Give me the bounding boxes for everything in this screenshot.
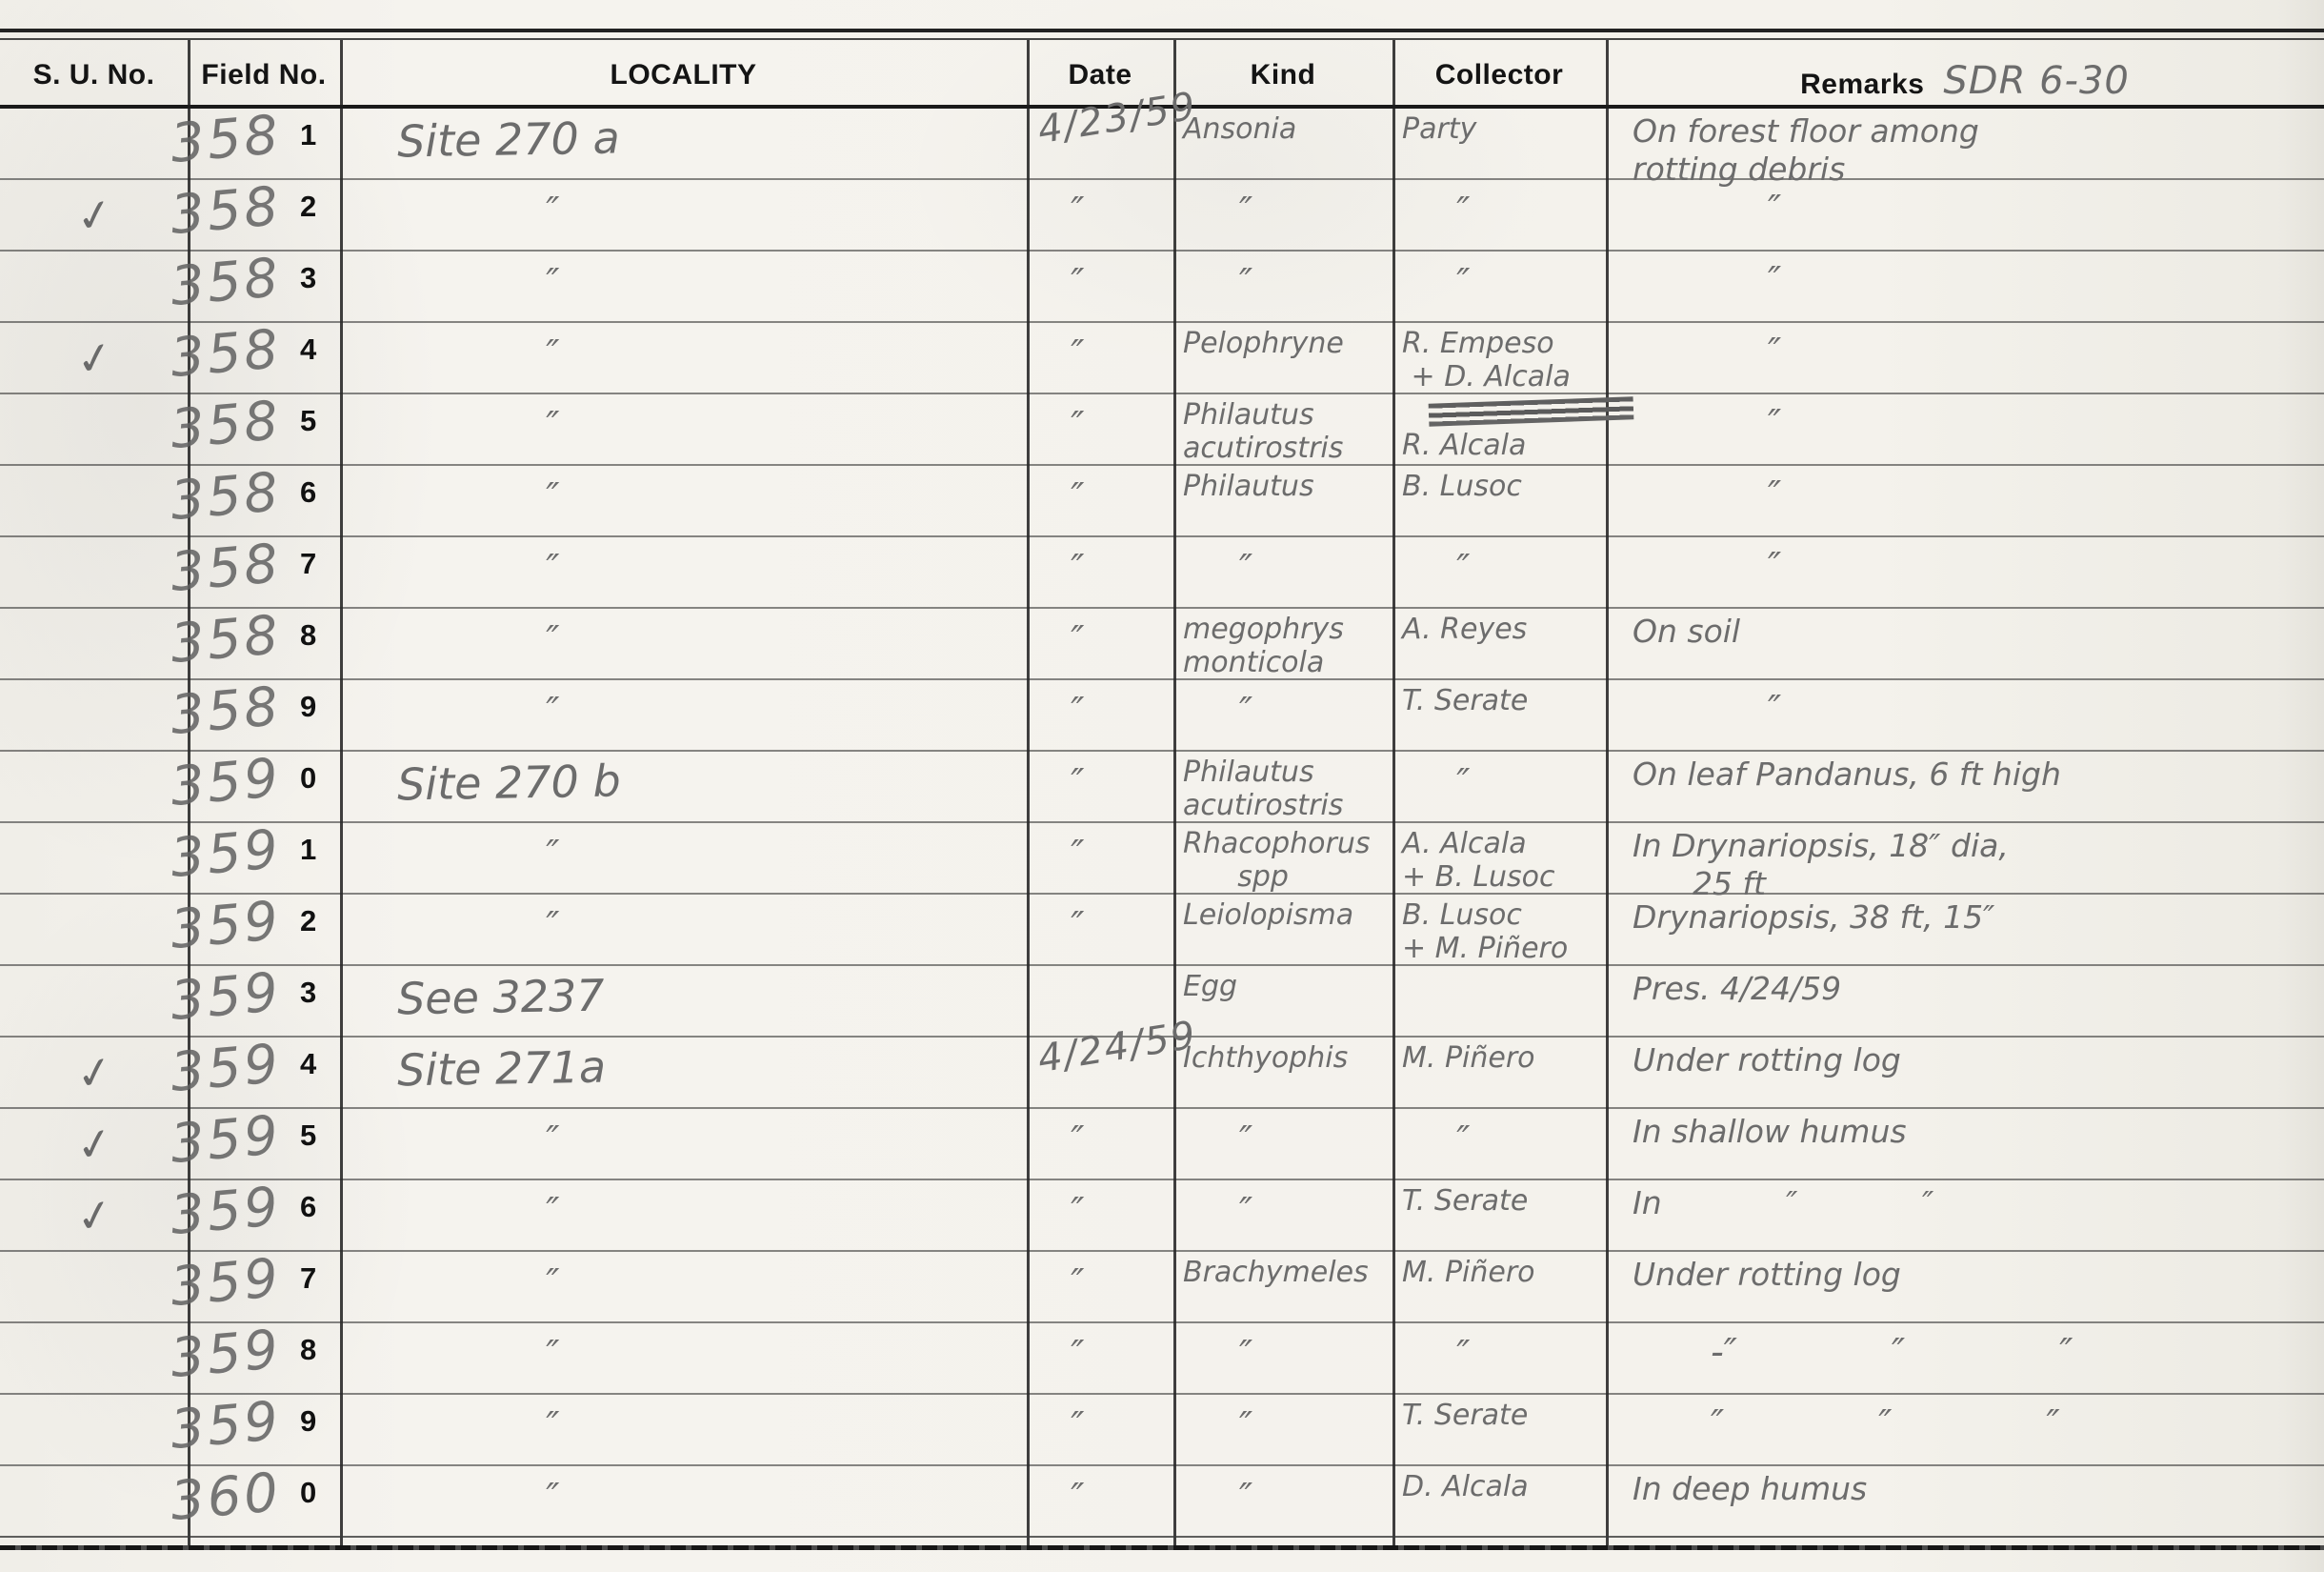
handwritten-kind: ″ [1173,1179,1252,1232]
cell-remarks: ″ ″ ″ [1606,1393,2324,1464]
handwritten-collector: ″ [1392,1321,1470,1375]
handwritten-field-number: 359 [168,1319,283,1390]
cell-field: 3582 [188,178,340,250]
table-row: ✓3584″″PelophryneR. Empeso + D. Alcala″ [0,321,2324,394]
handwritten-kind: Ansonia [1173,107,1296,146]
cell-su [0,1250,188,1321]
cell-locality: ″ [340,464,1027,535]
handwritten-locality: Site 270 a [339,104,620,168]
handwritten-remarks: ″ [1606,393,1781,444]
cell-collector: B. Lusoc + M. Piñero [1392,893,1606,964]
cell-locality: ″ [340,678,1027,750]
cell-locality: ″ [340,1179,1027,1250]
handwritten-locality: ″ [340,678,560,732]
handwritten-kind: Leiolopisma [1173,893,1353,932]
handwritten-date: ″ [1027,250,1084,303]
handwritten-remarks: In deep humus [1606,1464,1867,1508]
cell-kind: Philautus acutirostris [1173,750,1392,821]
handwritten-collector: ″ [1392,535,1470,589]
table-row: ✓3594Site 271a4/24/59IchthyophisM. Piñer… [0,1036,2324,1109]
cell-field: 3591 [188,821,340,893]
cell-su [0,107,188,178]
handwritten-date: ″ [1027,178,1084,232]
cell-kind: ″ [1173,1179,1392,1250]
cell-collector [1392,964,1606,1036]
cell-locality: ″ [340,321,1027,393]
handwritten-locality: ″ [340,1107,560,1160]
handwritten-kind: ″ [1173,1393,1252,1446]
cell-kind: Philautus acutirostris [1173,393,1392,464]
cell-locality: ″ [340,1393,1027,1464]
cell-su [0,750,188,821]
handwritten-kind: ″ [1173,1321,1252,1375]
handwritten-date: ″ [1027,393,1084,446]
top-rule-thin [0,38,2324,40]
checkmark-icon: ✓ [72,1116,117,1173]
cell-date: 4/23/59 [1027,107,1173,178]
cell-remarks: ″ [1606,250,2324,321]
cell-collector: T. Serate [1392,1179,1606,1250]
cell-field: 3587 [188,535,340,607]
cell-su [0,893,188,964]
cell-su [0,1321,188,1393]
printed-serial-digit: 5 [300,404,316,438]
cell-su [0,1393,188,1464]
cell-su: ✓ [0,1107,188,1179]
header-su-no: S. U. No. [0,59,188,91]
cell-field: 3599 [188,1393,340,1464]
table-row: 3597″″BrachymelesM. PiñeroUnder rotting … [0,1250,2324,1323]
cell-su [0,1464,188,1536]
printed-serial-digit: 3 [300,261,316,295]
handwritten-remarks: ″ ″ ″ [1606,1393,2060,1444]
cell-date: ″ [1027,1393,1173,1464]
handwritten-locality: ″ [340,821,560,875]
cell-kind: ″ [1173,1321,1392,1393]
handwritten-field-number: 358 [168,461,283,533]
handwritten-date: ″ [1027,321,1084,374]
handwritten-remarks: Under rotting log [1606,1250,1901,1294]
cell-remarks: Pres. 4/24/59 [1606,964,2324,1036]
header-kind: Kind [1173,59,1392,91]
printed-serial-digit: 2 [300,904,316,938]
handwritten-remarks: Under rotting log [1606,1036,1901,1079]
printed-serial-digit: 1 [300,118,316,152]
table-row: 3590Site 270 b″Philautus acutirostris″On… [0,750,2324,823]
cell-field: 3588 [188,607,340,678]
handwritten-locality: Site 271a [339,1034,606,1098]
handwritten-date: ″ [1027,1321,1084,1375]
cell-collector: ″ [1392,1321,1606,1393]
printed-serial-digit: 1 [300,833,316,867]
cell-date: ″ [1027,607,1173,678]
handwritten-date: ″ [1027,1250,1084,1303]
handwritten-locality: ″ [340,321,560,374]
cell-date: ″ [1027,893,1173,964]
cell-kind: ″ [1173,678,1392,750]
cell-kind: ″ [1173,250,1392,321]
table-row: 3587″″″″″ [0,535,2324,609]
cell-locality: ″ [340,393,1027,464]
cell-collector: ″ [1392,535,1606,607]
cell-remarks: In shallow humus [1606,1107,2324,1179]
cell-locality: Site 271a [340,1036,1027,1107]
cell-su [0,821,188,893]
table-row: 3599″″″T. Serate″ ″ ″ [0,1393,2324,1466]
handwritten-date: ″ [1027,678,1084,732]
handwritten-field-number: 359 [168,1104,283,1176]
cell-locality: ″ [340,1321,1027,1393]
table-row: 3585″″Philautus acutirostrisR. Alcala″ [0,393,2324,466]
cell-locality: ″ [340,1464,1027,1536]
cell-date: ″ [1027,678,1173,750]
scanned-ledger-page: S. U. No. Field No. LOCALITY Date Kind C… [0,0,2324,1572]
cell-kind: ″ [1173,178,1392,250]
cell-locality: ″ [340,893,1027,964]
handwritten-field-number: 358 [168,604,283,675]
cell-collector: T. Serate [1392,678,1606,750]
cell-collector: M. Piñero [1392,1250,1606,1321]
cell-locality: ″ [340,821,1027,893]
checkmark-icon: ✓ [72,1044,117,1101]
cell-kind: ″ [1173,1464,1392,1536]
cell-locality: ″ [340,178,1027,250]
cell-date: ″ [1027,250,1173,321]
handwritten-date: ″ [1027,464,1084,517]
cell-remarks: Drynariopsis, 38 ft, 15″ [1606,893,2324,964]
cell-su [0,464,188,535]
cell-kind: Egg [1173,964,1392,1036]
handwritten-date: ″ [1027,607,1084,660]
table-row: ✓3595″″″″In shallow humus [0,1107,2324,1180]
cell-date: ″ [1027,1107,1173,1179]
handwritten-collector: ″ [1392,1107,1470,1160]
cell-field: 3596 [188,1179,340,1250]
cell-field: 3589 [188,678,340,750]
header-remarks: Remarks [1800,69,1924,100]
cell-field: 3583 [188,250,340,321]
cell-collector: D. Alcala [1392,1464,1606,1536]
cell-collector: A. Alcala + B. Lusoc [1392,821,1606,893]
handwritten-collector: M. Piñero [1392,1036,1535,1075]
handwritten-locality: ″ [340,393,560,446]
handwritten-date: ″ [1027,750,1084,803]
cell-date: ″ [1027,535,1173,607]
cell-remarks: ″ [1606,535,2324,607]
cell-remarks: On soil [1606,607,2324,678]
printed-serial-digit: 6 [300,1190,316,1224]
cell-remarks: In deep humus [1606,1464,2324,1536]
handwritten-field-number: 358 [168,104,283,175]
handwritten-field-number: 359 [168,1390,283,1461]
cell-kind: Rhacophorus spp [1173,821,1392,893]
cell-field: 3581 [188,107,340,178]
cell-collector: B. Lusoc [1392,464,1606,535]
cell-collector: R. Empeso + D. Alcala [1392,321,1606,393]
handwritten-kind: Pelophryne [1173,321,1344,360]
cell-kind: ″ [1173,1107,1392,1179]
cell-date: ″ [1027,1250,1173,1321]
handwritten-locality: ″ [340,893,560,946]
handwritten-date: ″ [1027,1393,1084,1446]
handwritten-locality: ″ [340,535,560,589]
handwritten-kind: Philautus acutirostris [1173,393,1343,465]
header-field-no: Field No. [188,59,340,91]
table-row: 3581Site 270 a4/23/59AnsoniaPartyOn fore… [0,107,2324,180]
cell-remarks: ″ [1606,464,2324,535]
cell-collector: ″ [1392,250,1606,321]
handwritten-kind: Philautus acutirostris [1173,750,1343,822]
cell-field: 3592 [188,893,340,964]
cell-field: 3600 [188,1464,340,1536]
cell-locality: ″ [340,250,1027,321]
cell-kind: ″ [1173,1393,1392,1464]
cell-remarks: In ″ ″ [1606,1179,2324,1250]
handwritten-kind: ″ [1173,1464,1252,1518]
table-row: 3598″″″″-″ ″ ″ [0,1321,2324,1395]
table-row: 3592″″LeiolopismaB. Lusoc + M. PiñeroDry… [0,893,2324,966]
printed-serial-digit: 4 [300,333,316,367]
handwritten-locality: ″ [340,607,560,660]
table-row: 3586″″PhilautusB. Lusoc″ [0,464,2324,537]
cell-collector: ″ [1392,178,1606,250]
cell-collector: T. Serate [1392,1393,1606,1464]
cell-field: 3594 [188,1036,340,1107]
cell-su [0,393,188,464]
cell-date: ″ [1027,750,1173,821]
handwritten-field-number: 359 [168,890,283,961]
handwritten-remarks: On forest floor among rotting debris [1606,107,1979,189]
printed-serial-digit: 5 [300,1119,316,1153]
cell-locality: ″ [340,607,1027,678]
handwritten-locality: ″ [340,1179,560,1232]
handwritten-field-number: 358 [168,318,283,390]
handwritten-field-number: 359 [168,1033,283,1104]
handwritten-remarks: ″ [1606,250,1781,301]
cell-locality: See 3237 [340,964,1027,1036]
handwritten-locality: Site 270 b [339,747,621,811]
table-row: 3588″″megophrys monticolaA. ReyesOn soil [0,607,2324,680]
handwritten-kind: ″ [1173,535,1252,589]
header-collector: Collector [1392,59,1606,91]
cell-remarks: Under rotting log [1606,1250,2324,1321]
cell-kind: ″ [1173,535,1392,607]
handwritten-date: ″ [1027,821,1084,875]
cell-collector: ″ [1392,1107,1606,1179]
cell-date: 4/24/59 [1027,1036,1173,1107]
handwritten-locality: See 3237 [339,962,605,1026]
handwritten-field-number: 359 [168,1176,283,1247]
handwritten-locality: ″ [340,464,560,517]
cell-remarks: ″ [1606,393,2324,464]
handwritten-kind: megophrys monticola [1173,607,1344,679]
handwritten-date: ″ [1027,1464,1084,1518]
cell-date: ″ [1027,1464,1173,1536]
handwritten-field-number: 359 [168,818,283,890]
handwritten-locality: ″ [340,1321,560,1375]
handwritten-collector: A. Reyes [1392,607,1527,646]
printed-serial-digit: 7 [300,547,316,581]
cell-field: 3585 [188,393,340,464]
cell-remarks: Under rotting log [1606,1036,2324,1107]
cell-locality: ″ [340,1250,1027,1321]
handwritten-field-number: 358 [168,247,283,318]
handwritten-kind: Ichthyophis [1173,1036,1348,1075]
cell-date: ″ [1027,1179,1173,1250]
handwritten-kind: Rhacophorus spp [1173,821,1370,894]
handwritten-collector: D. Alcala [1392,1464,1529,1503]
printed-serial-digit: 8 [300,618,316,653]
header-remarks-annotation: SDR 6-30 [1943,59,2129,103]
cell-kind: megophrys monticola [1173,607,1392,678]
handwritten-locality: ″ [340,250,560,303]
cell-collector: A. Reyes [1392,607,1606,678]
cell-remarks: On leaf Pandanus, 6 ft high [1606,750,2324,821]
printed-serial-digit: 8 [300,1333,316,1367]
cell-date: ″ [1027,393,1173,464]
printed-serial-digit: 9 [300,690,316,724]
handwritten-remarks: ″ [1606,678,1781,730]
printed-serial-digit: 2 [300,190,316,224]
handwritten-field-number: 358 [168,533,283,604]
cell-kind: Leiolopisma [1173,893,1392,964]
cell-date: ″ [1027,321,1173,393]
handwritten-remarks: ″ [1606,321,1781,373]
handwritten-locality: ″ [340,178,560,232]
handwritten-kind: Brachymeles [1173,1250,1369,1289]
handwritten-collector: T. Serate [1392,1393,1528,1432]
cell-kind: Ichthyophis [1173,1036,1392,1107]
checkmark-icon: ✓ [72,1187,117,1244]
handwritten-date: ″ [1027,893,1084,946]
cell-date: ″ [1027,178,1173,250]
cell-su [0,535,188,607]
printed-serial-digit: 4 [300,1047,316,1081]
cell-locality: Site 270 b [340,750,1027,821]
handwritten-field-number: 359 [168,961,283,1033]
handwritten-remarks: In Drynariopsis, 18″ dia, 25 ft [1606,821,2009,903]
printed-serial-digit: 0 [300,761,316,796]
handwritten-collector: T. Serate [1392,678,1528,717]
handwritten-field-number: 360 [168,1461,283,1533]
handwritten-collector: A. Alcala + B. Lusoc [1392,821,1555,894]
handwritten-collector: ″ [1392,250,1470,303]
cell-locality: ″ [340,1107,1027,1179]
cell-field: 3590 [188,750,340,821]
bottom-rule-thick [0,1545,2324,1550]
table-row: ✓3596″″″T. SerateIn ″ ″ [0,1179,2324,1252]
scribbled-out-name [1429,396,1634,426]
header-remarks-group: RemarksSDR 6-30 [1606,59,2324,103]
checkmark-icon: ✓ [72,330,117,387]
handwritten-collector: ″ [1392,750,1470,803]
cell-su [0,250,188,321]
handwritten-date: ″ [1027,535,1084,589]
cell-remarks: -″ ″ ″ [1606,1321,2324,1393]
handwritten-field-number: 358 [168,175,283,247]
cell-kind: Ansonia [1173,107,1392,178]
cell-locality: ″ [340,535,1027,607]
cell-date: ″ [1027,1321,1173,1393]
cell-collector: M. Piñero [1392,1036,1606,1107]
handwritten-remarks: -″ ″ ″ [1606,1321,2073,1373]
cell-collector: Party [1392,107,1606,178]
printed-serial-digit: 9 [300,1404,316,1439]
printed-serial-digit: 7 [300,1261,316,1296]
bottom-rule-thin [0,1536,2324,1538]
handwritten-collector: B. Lusoc + M. Piñero [1392,893,1568,965]
cell-su [0,607,188,678]
handwritten-date: ″ [1027,1179,1084,1232]
cell-locality: Site 270 a [340,107,1027,178]
cell-kind: Pelophryne [1173,321,1392,393]
cell-su: ✓ [0,1036,188,1107]
cell-remarks: ″ [1606,178,2324,250]
cell-collector: ″ [1392,750,1606,821]
handwritten-locality: ″ [340,1250,560,1303]
handwritten-collector: Party [1392,107,1476,146]
cell-remarks: In Drynariopsis, 18″ dia, 25 ft [1606,821,2324,893]
handwritten-remarks: Drynariopsis, 38 ft, 15″ [1606,893,1994,937]
cell-date: ″ [1027,464,1173,535]
handwritten-collector: R. Empeso + D. Alcala [1392,321,1571,393]
cell-remarks: On forest floor among rotting debris [1606,107,2324,178]
handwritten-remarks: ″ [1606,178,1781,230]
handwritten-collector: B. Lusoc [1392,464,1522,503]
table-row: 3583″″″″″ [0,250,2324,323]
cell-kind: Brachymeles [1173,1250,1392,1321]
handwritten-kind: Egg [1173,964,1237,1003]
table-row: ✓3582″″″″″ [0,178,2324,252]
handwritten-locality: ″ [340,1464,560,1518]
cell-su [0,964,188,1036]
top-rule-thick [0,29,2324,32]
cell-field: 3598 [188,1321,340,1393]
cell-remarks: ″ [1606,678,2324,750]
handwritten-kind: Philautus [1173,464,1314,503]
handwritten-kind: ″ [1173,178,1252,232]
handwritten-collector: R. Alcala [1392,423,1526,462]
handwritten-kind: ″ [1173,1107,1252,1160]
printed-serial-digit: 0 [300,1476,316,1510]
table-row: 3589″″″T. Serate″ [0,678,2324,752]
cell-kind: Philautus [1173,464,1392,535]
handwritten-collector: M. Piñero [1392,1250,1535,1289]
handwritten-remarks: On soil [1606,607,1740,651]
cell-field: 3593 [188,964,340,1036]
handwritten-remarks: Pres. 4/24/59 [1606,964,1841,1008]
handwritten-date: ″ [1027,1107,1084,1160]
handwritten-remarks: ″ [1606,535,1781,587]
handwritten-collector: ″ [1392,178,1470,232]
cell-su: ✓ [0,321,188,393]
table-row: 3600″″″D. AlcalaIn deep humus [0,1464,2324,1536]
cell-su [0,678,188,750]
cell-field: 3584 [188,321,340,393]
table-row: 3591″″Rhacophorus sppA. Alcala + B. Luso… [0,821,2324,895]
cell-date: ″ [1027,821,1173,893]
cell-remarks: ″ [1606,321,2324,393]
cell-field: 3597 [188,1250,340,1321]
cell-su: ✓ [0,178,188,250]
checkmark-icon: ✓ [72,187,117,244]
handwritten-field-number: 358 [168,675,283,747]
printed-serial-digit: 3 [300,976,316,1010]
handwritten-remarks: In shallow humus [1606,1107,1907,1151]
handwritten-field-number: 359 [168,1247,283,1319]
handwritten-field-number: 359 [168,747,283,818]
cell-field: 3586 [188,464,340,535]
